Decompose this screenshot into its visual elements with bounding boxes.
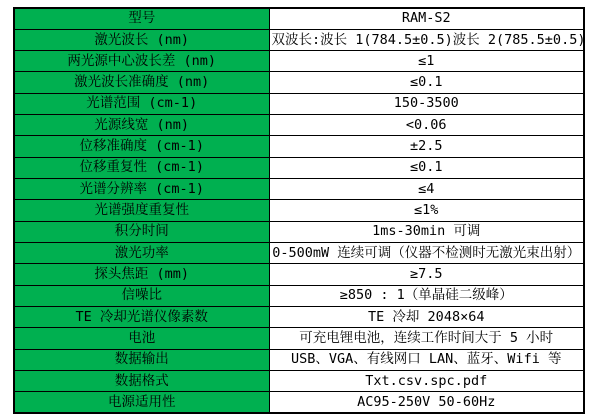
- spec-label: 积分时间: [14, 221, 269, 242]
- spec-row: 位移准确度 (cm-1)±2.5: [14, 136, 584, 157]
- spec-row: 激光功率0-500mW 连续可调（仪器不检测时无激光束出射）: [14, 242, 584, 263]
- spec-value: ≤0.1: [269, 157, 584, 178]
- spec-label: 光谱分辨率 (cm-1): [14, 179, 269, 200]
- spec-label: 电池: [14, 328, 269, 349]
- spec-row: 激光波长 (nm)双波长:波长 1(784.5±0.5)波长 2(785.5±0…: [14, 29, 584, 50]
- spec-row: 光谱分辨率 (cm-1)≤4: [14, 179, 584, 200]
- spec-row: 光源线宽 (nm)<0.06: [14, 115, 584, 136]
- spec-row: 电源适用性AC95-250V 50-60Hz: [14, 392, 584, 413]
- spec-value: RAM-S2: [269, 8, 584, 29]
- spec-label: 信噪比: [14, 285, 269, 306]
- spec-label: 数据输出: [14, 349, 269, 370]
- spec-row: 数据格式Txt.csv.spc.pdf: [14, 370, 584, 391]
- spec-value: ≤1: [269, 51, 584, 72]
- spec-label: 光源线宽 (nm): [14, 115, 269, 136]
- spec-row: 型号RAM-S2: [14, 8, 584, 29]
- spec-row: 激光波长准确度 (nm)≤0.1: [14, 72, 584, 93]
- spec-value: ≥7.5: [269, 264, 584, 285]
- spec-label: 两光源中心波长差 (nm): [14, 51, 269, 72]
- spec-label: 位移准确度 (cm-1): [14, 136, 269, 157]
- spec-row: 探头焦距 (mm)≥7.5: [14, 264, 584, 285]
- spec-table-container: 型号RAM-S2激光波长 (nm)双波长:波长 1(784.5±0.5)波长 2…: [13, 7, 583, 414]
- spec-value: 150-3500: [269, 93, 584, 114]
- spec-value: <0.06: [269, 115, 584, 136]
- spec-value: ≤1%: [269, 200, 584, 221]
- spec-label: 光谱强度重复性: [14, 200, 269, 221]
- spec-label: 位移重复性 (cm-1): [14, 157, 269, 178]
- spec-row: 数据输出USB、VGA、有线网口 LAN、蓝牙、Wifi 等: [14, 349, 584, 370]
- spec-value: USB、VGA、有线网口 LAN、蓝牙、Wifi 等: [269, 349, 584, 370]
- spec-value: 双波长:波长 1(784.5±0.5)波长 2(785.5±0.5): [269, 29, 584, 50]
- spec-row: 两光源中心波长差 (nm)≤1: [14, 51, 584, 72]
- spec-row: 位移重复性 (cm-1)≤0.1: [14, 157, 584, 178]
- spec-label: 激光功率: [14, 242, 269, 263]
- spec-value: 0-500mW 连续可调（仪器不检测时无激光束出射）: [269, 242, 584, 263]
- spec-row: TE 冷却光谱仪像素数TE 冷却 2048×64: [14, 306, 584, 327]
- spec-value: 可充电锂电池，连续工作时间大于 5 小时: [269, 328, 584, 349]
- spec-label: 光谱范围 (cm-1): [14, 93, 269, 114]
- spec-label: 型号: [14, 8, 269, 29]
- spec-value: TE 冷却 2048×64: [269, 306, 584, 327]
- spec-value: ≥850 : 1（单晶硅二级峰）: [269, 285, 584, 306]
- spec-label: TE 冷却光谱仪像素数: [14, 306, 269, 327]
- spec-value: ≤4: [269, 179, 584, 200]
- spec-row: 光谱范围 (cm-1)150-3500: [14, 93, 584, 114]
- spec-value: 1ms-30min 可调: [269, 221, 584, 242]
- spec-value: ≤0.1: [269, 72, 584, 93]
- spec-label: 激光波长准确度 (nm): [14, 72, 269, 93]
- spec-table: 型号RAM-S2激光波长 (nm)双波长:波长 1(784.5±0.5)波长 2…: [13, 7, 585, 414]
- spec-value: Txt.csv.spc.pdf: [269, 370, 584, 391]
- spec-label: 数据格式: [14, 370, 269, 391]
- spec-label: 探头焦距 (mm): [14, 264, 269, 285]
- spec-row: 光谱强度重复性≤1%: [14, 200, 584, 221]
- spec-label: 激光波长 (nm): [14, 29, 269, 50]
- spec-table-body: 型号RAM-S2激光波长 (nm)双波长:波长 1(784.5±0.5)波长 2…: [14, 8, 584, 413]
- spec-value: AC95-250V 50-60Hz: [269, 392, 584, 413]
- spec-label: 电源适用性: [14, 392, 269, 413]
- spec-row: 信噪比≥850 : 1（单晶硅二级峰）: [14, 285, 584, 306]
- spec-row: 积分时间1ms-30min 可调: [14, 221, 584, 242]
- spec-value: ±2.5: [269, 136, 584, 157]
- spec-row: 电池可充电锂电池，连续工作时间大于 5 小时: [14, 328, 584, 349]
